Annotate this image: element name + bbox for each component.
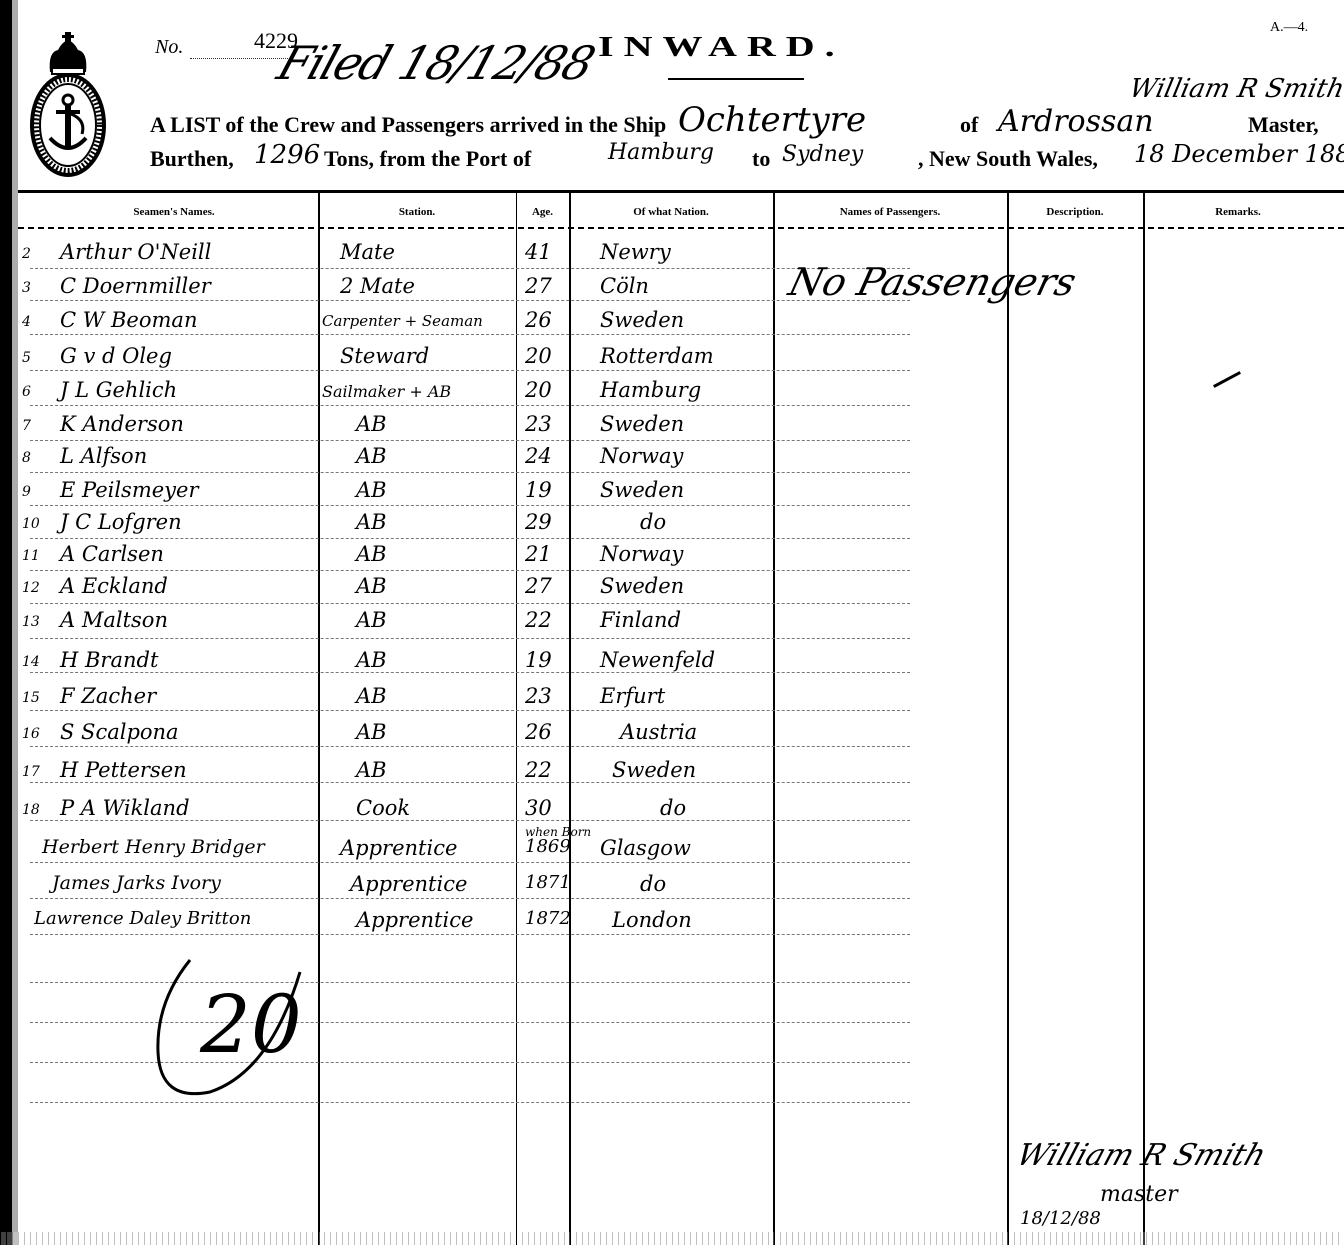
- nation: Hamburg: [600, 378, 701, 402]
- row-number: 8: [22, 450, 31, 466]
- seaman-name: A Maltson: [60, 608, 168, 632]
- tons-value: 1296: [254, 140, 320, 170]
- station: AB: [356, 608, 387, 632]
- nation: do: [640, 872, 666, 896]
- column-header-passengers: Names of Passengers.: [773, 206, 1007, 218]
- age: 29: [525, 510, 552, 534]
- master-label: Master,: [1248, 112, 1319, 138]
- station: Mate: [340, 240, 395, 264]
- station: Cook: [356, 796, 410, 820]
- crew-total-value: 20: [199, 978, 302, 1071]
- nation: Sweden: [600, 412, 684, 436]
- nation: Sweden: [612, 758, 696, 782]
- seaman-name: G v d Oleg: [60, 344, 172, 368]
- table-row: 17 H Pettersen AB 22 Sweden: [0, 754, 1344, 788]
- signature-title: master: [1100, 1182, 1178, 1207]
- station: Apprentice: [340, 836, 457, 860]
- age: 23: [525, 412, 552, 436]
- apprentice-name: James Jarks Ivory: [52, 872, 221, 894]
- table-row: 18 P A Wikland Cook 30 do: [0, 792, 1344, 826]
- column-header-age: Age.: [516, 206, 569, 218]
- table-row: 6 J L Gehlich Sailmaker + AB 20 Hamburg: [0, 374, 1344, 408]
- table-top-rule: [18, 190, 1344, 193]
- nation: Sweden: [600, 308, 684, 332]
- form-code: A.—4.: [1270, 20, 1308, 36]
- seaman-name: S Scalpona: [60, 720, 179, 744]
- filed-annotation: Filed 18/12/88: [271, 36, 600, 90]
- age: 20: [525, 344, 552, 368]
- shipping-masters-seal-icon: [28, 30, 108, 180]
- age: 24: [525, 444, 552, 468]
- seaman-name: K Anderson: [60, 412, 184, 436]
- station: Apprentice: [356, 908, 473, 932]
- to-label: to: [752, 146, 770, 172]
- table-row: 15 F Zacher AB 23 Erfurt: [0, 680, 1344, 714]
- nation: Newenfeld: [600, 648, 715, 672]
- station: AB: [356, 510, 387, 534]
- intro-prefix: A LIST of the Crew and Passengers arrive…: [150, 112, 666, 137]
- table-row: 2 Arthur O'Neill Mate 41 Newry: [0, 236, 1344, 270]
- table-row: Lawrence Daley Britton Apprentice 1872 L…: [0, 904, 1344, 938]
- column-header-description: Description.: [1007, 206, 1143, 218]
- of-label: of: [960, 112, 978, 138]
- station: AB: [356, 648, 387, 672]
- table-row: 14 H Brandt AB 19 Newenfeld: [0, 644, 1344, 678]
- nation: Sweden: [600, 478, 684, 502]
- ship-name: Ochtertyre: [678, 100, 866, 140]
- master-signature: William R Smith: [1012, 1138, 1270, 1173]
- nation: Austria: [620, 720, 697, 744]
- station: AB: [356, 478, 387, 502]
- station: AB: [356, 412, 387, 436]
- station: 2 Mate: [340, 274, 415, 298]
- nation: Cöln: [600, 274, 649, 298]
- nsw-label: , New South Wales,: [918, 146, 1098, 172]
- row-number: 14: [22, 654, 40, 670]
- table-row: 13 A Maltson AB 22 Finland: [0, 604, 1344, 638]
- seaman-name: P A Wikland: [60, 796, 190, 820]
- nation: Rotterdam: [600, 344, 714, 368]
- station: Apprentice: [350, 872, 467, 896]
- seaman-name: F Zacher: [60, 684, 156, 708]
- row-number: 15: [22, 690, 40, 706]
- column-header-seamens-names: Seamen's Names.: [30, 206, 318, 218]
- arrival-date: 18 December 1888: [1134, 140, 1344, 168]
- table-row: 7 K Anderson AB 23 Sweden: [0, 408, 1344, 442]
- tons-label: Tons, from the Port of: [324, 146, 531, 172]
- nation: Finland: [600, 608, 681, 632]
- apprentice-name: Herbert Henry Bridger: [42, 836, 265, 858]
- nation: do: [640, 510, 666, 534]
- apprentice-name: Lawrence Daley Britton: [34, 908, 251, 929]
- column-header-remarks: Remarks.: [1143, 206, 1333, 218]
- row-number: 10: [22, 516, 40, 532]
- birth-year: 1871: [525, 872, 571, 893]
- intro-line-1: A LIST of the Crew and Passengers arrive…: [150, 112, 666, 138]
- column-header-rule: [18, 227, 1344, 229]
- age: 21: [525, 542, 552, 566]
- crew-total-circle: 20: [150, 952, 320, 1102]
- nation: Erfurt: [600, 684, 665, 708]
- birth-year: 1872: [525, 908, 571, 929]
- nation: Newry: [600, 240, 671, 264]
- table-row: 16 S Scalpona AB 26 Austria: [0, 716, 1344, 750]
- station: AB: [356, 684, 387, 708]
- table-row: 8 L Alfson AB 24 Norway: [0, 440, 1344, 474]
- station: AB: [356, 574, 387, 598]
- row-number: 11: [22, 548, 40, 564]
- age: 22: [525, 758, 552, 782]
- row-rule: [30, 1102, 910, 1103]
- table-row: James Jarks Ivory Apprentice 1871 do: [0, 868, 1344, 902]
- row-number: 4: [22, 314, 31, 330]
- number-dotted-line: [190, 58, 290, 59]
- table-row: 10 J C Lofgren AB 29 do: [0, 506, 1344, 540]
- row-number: 18: [22, 802, 40, 818]
- row-number: 7: [22, 418, 31, 434]
- table-row: 12 A Eckland AB 27 Sweden: [0, 570, 1344, 604]
- nation: Norway: [600, 444, 683, 468]
- row-number: 2: [22, 246, 31, 262]
- station: AB: [356, 720, 387, 744]
- station: Steward: [340, 344, 429, 368]
- table-row: 11 A Carlsen AB 21 Norway: [0, 538, 1344, 572]
- station: AB: [356, 758, 387, 782]
- station: Carpenter + Seaman: [322, 312, 483, 330]
- age: 20: [525, 378, 552, 402]
- age: 26: [525, 308, 552, 332]
- table-row: 3 C Doernmiller 2 Mate 27 Cöln: [0, 270, 1344, 304]
- seaman-name: A Carlsen: [60, 542, 164, 566]
- age: 27: [525, 274, 552, 298]
- station: Sailmaker + AB: [322, 382, 451, 401]
- age: 27: [525, 574, 552, 598]
- seaman-name: C W Beoman: [60, 308, 197, 332]
- row-number: 6: [22, 384, 31, 400]
- home-port: Ardrossan: [998, 104, 1154, 139]
- seaman-name: Arthur O'Neill: [60, 240, 211, 264]
- nation: London: [612, 908, 692, 932]
- to-port: Sydney: [782, 142, 863, 167]
- row-number: 16: [22, 726, 40, 742]
- scan-noise: [0, 1232, 1344, 1245]
- table-row: 5 G v d Oleg Steward 20 Rotterdam: [0, 340, 1344, 374]
- seaman-name: H Brandt: [60, 648, 158, 672]
- station: AB: [356, 444, 387, 468]
- row-number: 3: [22, 280, 31, 296]
- nation: Norway: [600, 542, 683, 566]
- seaman-name: L Alfson: [60, 444, 147, 468]
- column-header-station: Station.: [318, 206, 516, 218]
- table-row: 4 C W Beoman Carpenter + Seaman 26 Swede…: [0, 304, 1344, 338]
- row-number: 12: [22, 580, 40, 596]
- age: 23: [525, 684, 552, 708]
- column-header-nation: Of what Nation.: [569, 206, 773, 218]
- nation: do: [660, 796, 686, 820]
- table-row: Herbert Henry Bridger Apprentice 1869 Gl…: [0, 832, 1344, 866]
- seaman-name: H Pettersen: [60, 758, 187, 782]
- row-rule: [30, 638, 910, 639]
- birth-year: 1869: [525, 836, 571, 857]
- age: 26: [525, 720, 552, 744]
- age: 19: [525, 648, 552, 672]
- age: 41: [525, 240, 552, 264]
- row-number: 17: [22, 764, 40, 780]
- nation: Glasgow: [600, 836, 691, 860]
- seaman-name: E Peilsmeyer: [60, 478, 199, 502]
- no-passengers-note: No Passengers: [785, 260, 1081, 304]
- row-number: 5: [22, 350, 31, 366]
- age: 30: [525, 796, 552, 820]
- intro-line-2: Burthen,: [150, 146, 234, 172]
- row-number: 9: [22, 484, 31, 500]
- page-title: INWARD.: [598, 30, 845, 63]
- row-number: 13: [22, 614, 40, 630]
- signature-date: 18/12/88: [1020, 1208, 1101, 1229]
- master-name-handwritten: William R Smith: [1127, 74, 1344, 104]
- seaman-name: J C Lofgren: [60, 510, 182, 534]
- seaman-name: J L Gehlich: [60, 378, 177, 402]
- age: 22: [525, 608, 552, 632]
- seaman-name: A Eckland: [60, 574, 168, 598]
- nation: Sweden: [600, 574, 684, 598]
- burthen-label: Burthen,: [150, 146, 234, 171]
- from-port: Hamburg: [608, 140, 714, 165]
- table-row: 9 E Peilsmeyer AB 19 Sweden: [0, 474, 1344, 508]
- number-label: No.: [155, 36, 183, 59]
- age: 19: [525, 478, 552, 502]
- station: AB: [356, 542, 387, 566]
- seaman-name: C Doernmiller: [60, 274, 211, 298]
- title-underline: [668, 78, 804, 80]
